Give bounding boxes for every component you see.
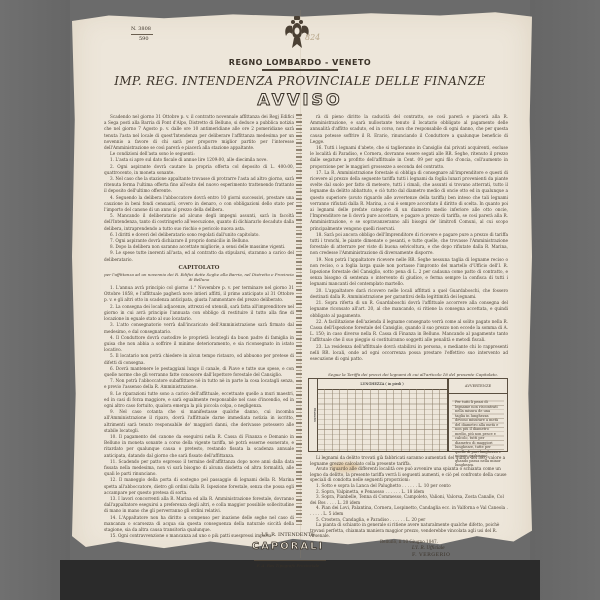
article-item: rà di pieno diritto la caducità del cont…: [310, 114, 508, 145]
article-item: 18. Sarà poi ancora obbligo dell'Imprend…: [310, 232, 508, 257]
article-item: 9. Nel caso cotanta che si manifestasse …: [104, 409, 294, 434]
intendente-name: CAPORALI: [228, 541, 348, 552]
tariff-table: Diametro LUNGHEZZA ( in piedi ): [308, 378, 448, 452]
article-item: 17. La R. Amministrazione forestale si o…: [310, 170, 508, 232]
article-item: 12. Il maneggio della porta di sostegno …: [104, 477, 294, 496]
capitolato-subtitle: per l'affittanza ad un novennio dei R. E…: [104, 272, 294, 282]
official-label: L'I. R. Ufficiale: [412, 546, 445, 551]
article-item: 22. A facilitazione dell'azienda il legn…: [310, 319, 508, 344]
article-item: 13. I lavori concorrenti alla R. Marina …: [104, 496, 294, 515]
reference-number-text: N. 3808: [131, 26, 153, 33]
right-column: rà di pieno diritto la caducità del cont…: [310, 114, 508, 362]
tariff-note-item: Li legnami da delitto trovati già fabbri…: [310, 455, 508, 466]
capitolato-articles-continued: rà di pieno diritto la caducità del cont…: [310, 114, 508, 362]
capitolato-title: CAPITOLATO: [104, 265, 294, 271]
article-item: 5. Il locatario non potrà chiedere in al…: [104, 353, 294, 365]
tariff-note-item: 4. Pian dei Lovi, Palantina, Cornera, Lo…: [310, 505, 508, 516]
capitolato-articles: 1. L'annua avrà principio col giorno 1.°…: [104, 285, 294, 539]
article-item: 7. Non potrà l'abboccatore subaffittare …: [104, 378, 294, 390]
article-item: 4. Il Conduttore dovrà custodire le prop…: [104, 335, 294, 354]
official-name: F. VERGERIO: [412, 553, 450, 558]
reference-sub: 590: [131, 36, 153, 43]
condition-item: 3. Nel caso che la stazione appaltante t…: [104, 176, 294, 195]
pencil-annotation: 824: [305, 33, 320, 42]
office-heading: IMP. REG. INTENDENZA PROVINCIALE DELLE F…: [0, 74, 600, 88]
tariff-grid: [317, 389, 447, 451]
after-table-list: Li legnami da delitto trovati già fabbri…: [310, 455, 508, 539]
tariff-note-item: 3. Sopra, Pianbelle, Tenna di Commesso, …: [310, 494, 508, 505]
reference-number: N. 3808 590: [131, 26, 153, 43]
article-item: 14. L'Appaltatore non ha diritto a compe…: [104, 515, 294, 534]
article-item: 2. La consegna dei locali adjacenze, att…: [104, 304, 294, 323]
condition-item: 5. Mancando il deliberatario ad alcuno d…: [104, 213, 294, 232]
article-item: 20. L'appaltatore darà ricovero nelle lo…: [310, 288, 508, 300]
condition-item: 9. Le spese tutte inerenti all'asta, ed …: [104, 250, 294, 262]
tariff-table-caption: Segue la Tariffa dei prezzi dei legnami …: [318, 372, 508, 377]
article-item: 1. L'annua avrà principio col giorno 1.°…: [104, 285, 294, 304]
signature-rule: [254, 560, 326, 561]
condition-item: 1. L'asta si apre sul dato fiscale di an…: [104, 157, 294, 163]
notice-title: AVVISO: [0, 90, 600, 109]
article-item: 16. Tutti i legnami d'abete, che si tagl…: [310, 145, 508, 170]
intendente-label: L'I. R. INTENDENTE: [228, 532, 348, 538]
article-item: 10. Il pagamento del canone da eseguirsi…: [104, 434, 294, 459]
tariff-notes: AVVERTENZE Per tutti li pezzi di legname…: [448, 378, 508, 452]
heading-rule: [262, 69, 338, 71]
tariff-notes-text: Per tutti li pezzi di legname non riscon…: [452, 397, 504, 451]
tariff-notes-header: AVVERTENZE: [449, 379, 507, 394]
intro-paragraph: Scadendo nel giorno 31 Ottobre p. v. il …: [104, 114, 294, 151]
condition-item: 4. Seguendo la delibera l'abboccatore do…: [104, 195, 294, 214]
article-item: 23. La residenza dell'affittuale dovrà s…: [310, 344, 508, 363]
column-ornament-divider: [296, 114, 302, 526]
printer-credit: F. A. Ros Tipografo Provinciale: [228, 563, 348, 568]
article-item: 21. Sopra riferta di un R. Guardaboschi …: [310, 300, 508, 319]
tariff-note-item: Avuto riguardo alle differenti località …: [310, 466, 508, 483]
article-item: 6. Dovrà mantenere le pestaggiani lungo …: [104, 366, 294, 378]
reference-rule: [131, 34, 153, 35]
condition-item: 2. Ogni aspirante dovrà cautare la propr…: [104, 164, 294, 176]
article-item: 11. Scadendo per patto espresso il termi…: [104, 459, 294, 478]
kingdom-heading: REGNO LOMBARDO - VENETO: [0, 58, 600, 67]
article-item: 8. Le riparazioni tutte sono a carico de…: [104, 391, 294, 410]
conditions-list: 1. L'asta si apre sul dato fiscale di an…: [104, 157, 294, 262]
article-item: 3. L'atto consegnatorio verrà dall'incar…: [104, 322, 294, 334]
left-column: Scadendo nel giorno 31 Ottobre p. v. il …: [104, 114, 294, 539]
article-item: 19. Non potrà l'appaltatore ricevere nel…: [310, 257, 508, 288]
